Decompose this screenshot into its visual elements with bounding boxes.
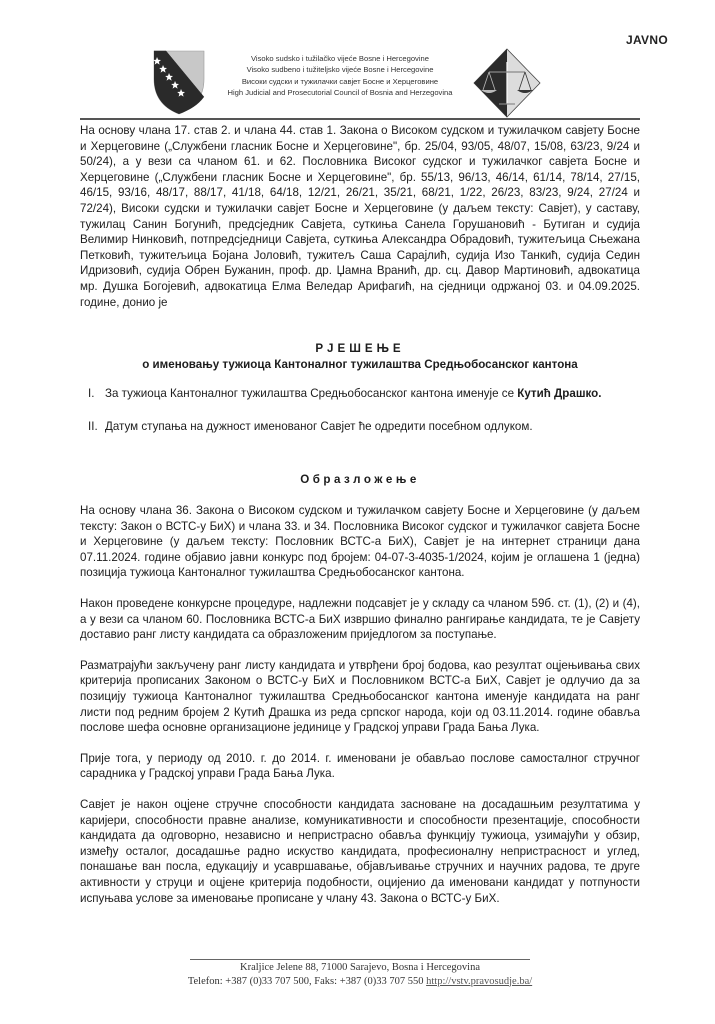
item-text: Датум ступања на дужност именованог Савј… bbox=[105, 420, 533, 433]
footer-divider bbox=[190, 959, 530, 960]
classification-label: JAVNO bbox=[626, 33, 668, 47]
footer-phone-fax: Telefon: +387 (0)33 707 500, Faks: +387 … bbox=[188, 976, 426, 987]
reasoning-paragraph: Након проведене конкурсне процедуре, над… bbox=[80, 596, 640, 643]
decision-title: РЈЕШЕЊЕ bbox=[80, 341, 640, 357]
item-number: II. bbox=[80, 419, 105, 435]
footer-contact-line: Telefon: +387 (0)33 707 500, Faks: +387 … bbox=[80, 975, 640, 989]
appointee-name: Кутић Драшко. bbox=[517, 387, 601, 400]
website-link[interactable]: http://vstv.pravosudje.ba/ bbox=[426, 976, 532, 987]
document-body: На основу члана 17. став 2. и члана 44. … bbox=[80, 123, 640, 906]
bih-coat-of-arms-icon bbox=[152, 49, 206, 115]
reasoning-title: Образложење bbox=[80, 472, 640, 488]
footer-address: Kraljice Jelene 88, 71000 Sarajevo, Bosn… bbox=[80, 961, 640, 975]
header-divider bbox=[80, 118, 640, 120]
preamble-paragraph: На основу члана 17. став 2. и члана 44. … bbox=[80, 123, 640, 310]
decision-item-1: I.За тужиоца Кантоналног тужилаштва Сред… bbox=[80, 386, 640, 402]
decision-item-2: II.Датум ступања на дужност именованог С… bbox=[80, 419, 640, 435]
institution-name-latin-2: Visoko sudbeno i tužiteljsko vijeće Bosn… bbox=[210, 64, 470, 75]
decision-subtitle: о именовању тужиоца Кантоналног тужилашт… bbox=[80, 357, 640, 373]
institution-name-english: High Judicial and Prosecutorial Council … bbox=[210, 87, 470, 98]
institution-name-cyrillic: Високи судски и тужилачки савјет Босне и… bbox=[210, 76, 470, 87]
reasoning-paragraph: Прије тога, у периоду од 2010. г. до 201… bbox=[80, 751, 640, 782]
institution-name-latin-1: Visoko sudsko i tužilačko vijeće Bosne i… bbox=[210, 53, 470, 64]
scales-of-justice-icon bbox=[473, 48, 541, 118]
item-text: За тужиоца Кантоналног тужилаштва Средњо… bbox=[105, 387, 517, 400]
footer: Kraljice Jelene 88, 71000 Sarajevo, Bosn… bbox=[80, 961, 640, 988]
letterhead: Visoko sudsko i tužilačko vijeće Bosne i… bbox=[80, 48, 640, 118]
reasoning-paragraph: На основу члана 36. Закона о Високом суд… bbox=[80, 503, 640, 581]
reasoning-paragraph: Разматрајући закључену ранг листу кандид… bbox=[80, 658, 640, 736]
item-number: I. bbox=[80, 386, 105, 402]
institution-name-block: Visoko sudsko i tužilačko vijeće Bosne i… bbox=[210, 53, 470, 99]
reasoning-paragraph: Савјет је након оцјене стручне способнос… bbox=[80, 797, 640, 906]
